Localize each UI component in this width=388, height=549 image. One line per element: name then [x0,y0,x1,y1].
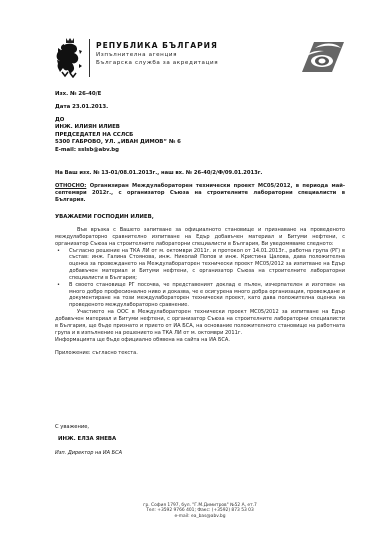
attachment-note: Приложение: съгласно текста. [55,350,345,357]
findings-list: Съгласно решение на ТКА ЛИ от м. октомвр… [55,248,345,310]
acceptance-paragraph: Участието на ООС в Междулабораторен техн… [55,309,345,336]
bsa-eye-logo-icon [300,40,346,73]
recipient-address: 5300 ГАБРОВО, УЛ. „ИВАН ДИМОВ“ № 6 [55,139,181,146]
subject-block: ОТНОСНО: Организиран Междулабораторен те… [55,183,345,204]
publication-note: Информацията ще бъде официално обявена н… [55,337,345,344]
finding-item: Съгласно решение на ТКА ЛИ от м. октомвр… [63,248,345,282]
recipient-email: E-mail: sslsb@abv.bg [55,147,181,154]
finding-item: В своето становище РГ посочва, че предст… [63,282,345,309]
subject-label: ОТНОСНО: [55,183,86,189]
signatory-title: Изп. Директор на ИА БСА [55,450,122,457]
recipient-to: ДО [55,117,181,124]
agency-type: Изпълнителна агенция [96,51,218,59]
header-divider [89,39,90,77]
reference-line: На Ваш изх. № 13-01/08.01.2013г., наш вх… [55,170,262,177]
subject-text: Организиран Междулабораторен технически … [55,183,345,203]
letter-page: РЕПУБЛИКА БЪЛГАРИЯ Изпълнителна агенция … [0,0,388,549]
coat-of-arms-icon [54,36,84,78]
letter-body: Във връзка с Вашето запитване за официал… [55,227,345,357]
recipient-block: ДО ИНЖ. ИЛИЯН ИЛИЕВ ПРЕДСЕДАТЕЛ НА ССЛСБ… [55,117,181,154]
outgoing-ref-number: Изх. № 26-40/Е [55,91,101,98]
agency-title: Българска служба за акредитация [96,59,218,67]
recipient-position: ПРЕДСЕДАТЕЛ НА ССЛСБ [55,132,181,139]
country-name: РЕПУБЛИКА БЪЛГАРИЯ [96,41,218,51]
signatory-name: ИНЖ. ЕЛЗА ЯНЕВА [58,436,116,443]
agency-name: РЕПУБЛИКА БЪЛГАРИЯ Изпълнителна агенция … [96,41,218,67]
recipient-name: ИНЖ. ИЛИЯН ИЛИЕВ [55,124,181,131]
salutation: УВАЖАЕМИ ГОСПОДИН ИЛИЕВ, [55,214,154,221]
closing: С уважение, [55,424,89,431]
letter-date: Дата 23.01.2013. [55,104,108,111]
footer-email: e-mail: ea_bas@abv.bg [100,514,300,519]
footer-contact: гр. София 1797, бул. "Г.М.Димитров" №52 … [100,503,300,519]
intro-paragraph: Във връзка с Вашето запитване за официал… [55,227,345,248]
